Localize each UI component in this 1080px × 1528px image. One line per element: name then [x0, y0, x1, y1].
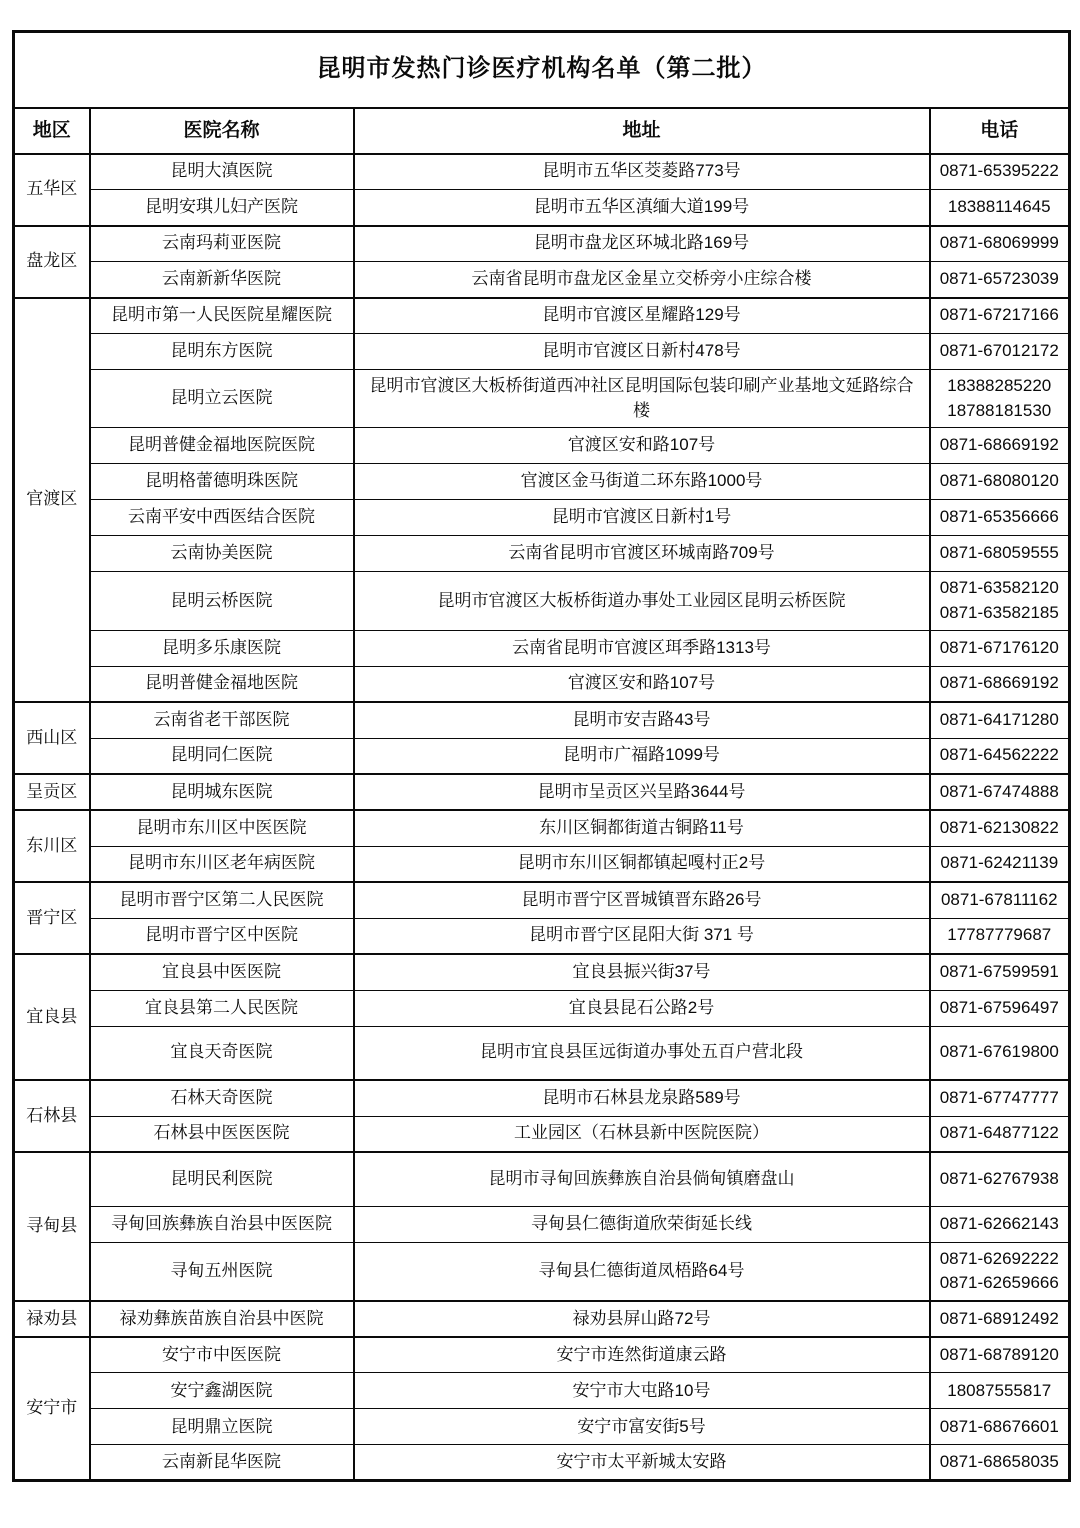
- phone-number: 18788181530: [933, 399, 1067, 424]
- address-cell: 昆明市呈贡区兴呈路3644号: [354, 774, 930, 810]
- table-row: 昆明云桥医院昆明市官渡区大板桥街道办事处工业园区昆明云桥医院0871-63582…: [14, 572, 1070, 630]
- region-cell: 东川区: [14, 810, 90, 882]
- hospital-name-cell: 禄劝彝族苗族自治县中医院: [90, 1301, 354, 1337]
- table-row: 宜良天奇医院昆明市宜良县匡远街道办事处五百户营北段0871-67619800: [14, 1026, 1070, 1080]
- hospital-name-cell: 昆明东方医院: [90, 334, 354, 370]
- region-cell: 安宁市: [14, 1337, 90, 1481]
- region-cell: 禄劝县: [14, 1301, 90, 1337]
- phone-number: 0871-68080120: [933, 469, 1067, 494]
- phone-cell: 0871-68059555: [930, 536, 1070, 572]
- region-cell: 五华区: [14, 154, 90, 226]
- address-cell: 昆明市官渡区日新村478号: [354, 334, 930, 370]
- table-row: 云南新新华医院云南省昆明市盘龙区金星立交桥旁小庄综合楼0871-65723039: [14, 262, 1070, 298]
- region-cell: 石林县: [14, 1080, 90, 1152]
- phone-cell: 0871-67217166: [930, 298, 1070, 334]
- phone-cell: 0871-68676601: [930, 1409, 1070, 1445]
- hospital-name-cell: 昆明云桥医院: [90, 572, 354, 630]
- column-header-row: 地区 医院名称 地址 电话: [14, 108, 1070, 154]
- table-row: 昆明格蕾德明珠医院官渡区金马街道二环东路1000号0871-68080120: [14, 464, 1070, 500]
- phone-cell: 0871-68080120: [930, 464, 1070, 500]
- hospital-name-cell: 云南平安中西医结合医院: [90, 500, 354, 536]
- phone-cell: 0871-62130822: [930, 810, 1070, 846]
- table-row: 呈贡区昆明城东医院昆明市呈贡区兴呈路3644号0871-67474888: [14, 774, 1070, 810]
- phone-number: 0871-68069999: [933, 231, 1067, 256]
- address-cell: 昆明市官渡区大板桥街道办事处工业园区昆明云桥医院: [354, 572, 930, 630]
- phone-cell: 0871-67012172: [930, 334, 1070, 370]
- hospital-name-cell: 昆明民利医院: [90, 1152, 354, 1206]
- region-cell: 呈贡区: [14, 774, 90, 810]
- hospital-name-cell: 安宁市中医医院: [90, 1337, 354, 1373]
- address-cell: 安宁市连然街道康云路: [354, 1337, 930, 1373]
- address-cell: 昆明市广福路1099号: [354, 738, 930, 774]
- address-cell: 寻甸县仁德街道凤梧路64号: [354, 1242, 930, 1301]
- table-row: 云南协美医院云南省昆明市官渡区环城南路709号0871-68059555: [14, 536, 1070, 572]
- phone-number: 18388114645: [933, 195, 1067, 220]
- phone-number: 18388285220: [933, 374, 1067, 399]
- address-cell: 云南省昆明市官渡区环城南路709号: [354, 536, 930, 572]
- phone-number: 0871-62130822: [933, 816, 1067, 841]
- table-row: 禄劝县禄劝彝族苗族自治县中医院禄劝县屏山路72号0871-68912492: [14, 1301, 1070, 1337]
- phone-number: 0871-67599591: [933, 960, 1067, 985]
- address-cell: 安宁市富安街5号: [354, 1409, 930, 1445]
- title-row: 昆明市发热门诊医疗机构名单（第二批）: [14, 32, 1070, 108]
- hospital-name-cell: 昆明安琪儿妇产医院: [90, 190, 354, 226]
- hospital-name-cell: 昆明普健金福地医院医院: [90, 428, 354, 464]
- fever-clinic-hospital-table: 昆明市发热门诊医疗机构名单（第二批） 地区 医院名称 地址 电话 五华区昆明大滇…: [12, 30, 1071, 1482]
- hospital-name-cell: 石林天奇医院: [90, 1080, 354, 1116]
- hospital-name-cell: 宜良天奇医院: [90, 1026, 354, 1080]
- phone-cell: 0871-64562222: [930, 738, 1070, 774]
- table-row: 昆明安琪儿妇产医院昆明市五华区滇缅大道199号18388114645: [14, 190, 1070, 226]
- table-row: 昆明市晋宁区中医院昆明市晋宁区昆阳大街 371 号17787779687: [14, 918, 1070, 954]
- phone-number: 18087555817: [933, 1379, 1067, 1404]
- hospital-name-cell: 安宁鑫湖医院: [90, 1373, 354, 1409]
- hospital-name-cell: 昆明市东川区中医医院: [90, 810, 354, 846]
- address-cell: 安宁市太平新城太安路: [354, 1445, 930, 1481]
- phone-cell: 0871-64877122: [930, 1116, 1070, 1152]
- region-cell: 宜良县: [14, 954, 90, 1080]
- hospital-name-cell: 云南玛莉亚医院: [90, 226, 354, 262]
- address-cell: 昆明市五华区滇缅大道199号: [354, 190, 930, 226]
- address-cell: 昆明市东川区铜都镇起嘎村正2号: [354, 846, 930, 882]
- phone-number: 0871-67811162: [933, 888, 1067, 913]
- address-cell: 安宁市大屯路10号: [354, 1373, 930, 1409]
- hospital-name-cell: 昆明大滇医院: [90, 154, 354, 190]
- phone-number: 0871-67217166: [933, 303, 1067, 328]
- table-row: 昆明普健金福地医院官渡区安和路107号0871-68669192: [14, 666, 1070, 702]
- hospital-name-cell: 宜良县第二人民医院: [90, 990, 354, 1026]
- address-cell: 昆明市五华区茭菱路773号: [354, 154, 930, 190]
- table-row: 西山区云南省老干部医院昆明市安吉路43号0871-64171280: [14, 702, 1070, 738]
- phone-number: 0871-68789120: [933, 1343, 1067, 1368]
- phone-cell: 0871-68912492: [930, 1301, 1070, 1337]
- address-cell: 云南省昆明市盘龙区金星立交桥旁小庄综合楼: [354, 262, 930, 298]
- phone-cell: 0871-67599591: [930, 954, 1070, 990]
- phone-cell: 0871-67596497: [930, 990, 1070, 1026]
- hospital-name-cell: 昆明多乐康医院: [90, 630, 354, 666]
- table-row: 晋宁区昆明市晋宁区第二人民医院昆明市晋宁区晋城镇晋东路26号0871-67811…: [14, 882, 1070, 918]
- address-cell: 官渡区安和路107号: [354, 428, 930, 464]
- phone-number: 0871-63582120: [933, 576, 1067, 601]
- address-cell: 昆明市晋宁区昆阳大街 371 号: [354, 918, 930, 954]
- phone-cell: 0871-635821200871-63582185: [930, 572, 1070, 630]
- phone-cell: 0871-67811162: [930, 882, 1070, 918]
- hospital-name-cell: 云南省老干部医院: [90, 702, 354, 738]
- address-cell: 昆明市寻甸回族彝族自治县倘甸镇磨盘山: [354, 1152, 930, 1206]
- column-header-address: 地址: [354, 108, 930, 154]
- hospital-name-cell: 石林县中医医医院: [90, 1116, 354, 1152]
- table-row: 安宁鑫湖医院安宁市大屯路10号18087555817: [14, 1373, 1070, 1409]
- address-cell: 昆明市宜良县匡远街道办事处五百户营北段: [354, 1026, 930, 1080]
- region-cell: 官渡区: [14, 298, 90, 703]
- phone-number: 0871-68676601: [933, 1415, 1067, 1440]
- table-row: 宜良县第二人民医院宜良县昆石公路2号0871-67596497: [14, 990, 1070, 1026]
- table-row: 石林县石林天奇医院昆明市石林县龙泉路589号0871-67747777: [14, 1080, 1070, 1116]
- hospital-name-cell: 昆明普健金福地医院: [90, 666, 354, 702]
- column-header-hospital: 医院名称: [90, 108, 354, 154]
- column-header-phone: 电话: [930, 108, 1070, 154]
- phone-number: 0871-67474888: [933, 780, 1067, 805]
- phone-cell: 17787779687: [930, 918, 1070, 954]
- table-row: 昆明鼎立医院安宁市富安街5号0871-68676601: [14, 1409, 1070, 1445]
- phone-number: 0871-68658035: [933, 1450, 1067, 1475]
- table-row: 昆明市东川区老年病医院昆明市东川区铜都镇起嘎村正2号0871-62421139: [14, 846, 1070, 882]
- table-row: 云南新昆华医院安宁市太平新城太安路0871-68658035: [14, 1445, 1070, 1481]
- phone-cell: 0871-67176120: [930, 630, 1070, 666]
- phone-number: 0871-62421139: [933, 851, 1067, 876]
- table-row: 昆明普健金福地医院医院官渡区安和路107号0871-68669192: [14, 428, 1070, 464]
- hospital-name-cell: 云南新昆华医院: [90, 1445, 354, 1481]
- phone-cell: 0871-62421139: [930, 846, 1070, 882]
- phone-cell: 0871-62662143: [930, 1206, 1070, 1242]
- region-cell: 晋宁区: [14, 882, 90, 954]
- phone-number: 17787779687: [933, 923, 1067, 948]
- table-row: 寻甸回族彝族自治县中医医院寻甸县仁德街道欣荣街延长线0871-62662143: [14, 1206, 1070, 1242]
- hospital-name-cell: 昆明市晋宁区第二人民医院: [90, 882, 354, 918]
- phone-cell: 0871-62767938: [930, 1152, 1070, 1206]
- phone-number: 0871-63582185: [933, 601, 1067, 626]
- table-row: 云南平安中西医结合医院昆明市官渡区日新村1号0871-65356666: [14, 500, 1070, 536]
- phone-number: 0871-67012172: [933, 339, 1067, 364]
- hospital-name-cell: 宜良县中医医院: [90, 954, 354, 990]
- table-row: 官渡区昆明市第一人民医院星耀医院昆明市官渡区星耀路129号0871-672171…: [14, 298, 1070, 334]
- table-row: 五华区昆明大滇医院昆明市五华区茭菱路773号0871-65395222: [14, 154, 1070, 190]
- hospital-name-cell: 昆明立云医院: [90, 370, 354, 428]
- phone-number: 0871-65723039: [933, 267, 1067, 292]
- phone-number: 0871-67176120: [933, 636, 1067, 661]
- address-cell: 东川区铜都街道古铜路11号: [354, 810, 930, 846]
- phone-number: 0871-68059555: [933, 541, 1067, 566]
- phone-cell: 0871-67619800: [930, 1026, 1070, 1080]
- phone-number: 0871-62767938: [933, 1167, 1067, 1192]
- address-cell: 昆明市官渡区星耀路129号: [354, 298, 930, 334]
- table-row: 宜良县宜良县中医医院宜良县振兴街37号0871-67599591: [14, 954, 1070, 990]
- hospital-name-cell: 云南协美医院: [90, 536, 354, 572]
- address-cell: 云南省昆明市官渡区珥季路1313号: [354, 630, 930, 666]
- table-row: 石林县中医医医院工业园区（石林县新中医院医院）0871-64877122: [14, 1116, 1070, 1152]
- phone-cell: 0871-68669192: [930, 428, 1070, 464]
- phone-number: 0871-68912492: [933, 1307, 1067, 1332]
- address-cell: 昆明市安吉路43号: [354, 702, 930, 738]
- region-cell: 寻甸县: [14, 1152, 90, 1301]
- phone-cell: 0871-64171280: [930, 702, 1070, 738]
- phone-cell: 1838828522018788181530: [930, 370, 1070, 428]
- table-row: 寻甸五州医院寻甸县仁德街道凤梧路64号0871-626922220871-626…: [14, 1242, 1070, 1301]
- hospital-name-cell: 昆明城东医院: [90, 774, 354, 810]
- column-header-region: 地区: [14, 108, 90, 154]
- hospital-name-cell: 寻甸回族彝族自治县中医医院: [90, 1206, 354, 1242]
- phone-number: 0871-65356666: [933, 505, 1067, 530]
- address-cell: 昆明市官渡区日新村1号: [354, 500, 930, 536]
- address-cell: 官渡区安和路107号: [354, 666, 930, 702]
- address-cell: 官渡区金马街道二环东路1000号: [354, 464, 930, 500]
- phone-number: 0871-67596497: [933, 996, 1067, 1021]
- address-cell: 昆明市石林县龙泉路589号: [354, 1080, 930, 1116]
- phone-cell: 0871-65395222: [930, 154, 1070, 190]
- hospital-name-cell: 昆明市晋宁区中医院: [90, 918, 354, 954]
- phone-cell: 0871-68789120: [930, 1337, 1070, 1373]
- phone-number: 0871-62662143: [933, 1212, 1067, 1237]
- document-page: 昆明市发热门诊医疗机构名单（第二批） 地区 医院名称 地址 电话 五华区昆明大滇…: [12, 30, 1068, 1482]
- region-cell: 盘龙区: [14, 226, 90, 298]
- phone-number: 0871-67619800: [933, 1040, 1067, 1065]
- address-cell: 昆明市盘龙区环城北路169号: [354, 226, 930, 262]
- phone-number: 0871-64562222: [933, 743, 1067, 768]
- phone-cell: 0871-68069999: [930, 226, 1070, 262]
- phone-number: 0871-62692222: [933, 1247, 1067, 1272]
- hospital-name-cell: 昆明市东川区老年病医院: [90, 846, 354, 882]
- address-cell: 昆明市官渡区大板桥街道西冲社区昆明国际包装印刷产业基地文延路综合楼: [354, 370, 930, 428]
- phone-cell: 18087555817: [930, 1373, 1070, 1409]
- table-row: 昆明东方医院昆明市官渡区日新村478号0871-67012172: [14, 334, 1070, 370]
- address-cell: 禄劝县屏山路72号: [354, 1301, 930, 1337]
- address-cell: 宜良县昆石公路2号: [354, 990, 930, 1026]
- hospital-name-cell: 昆明同仁医院: [90, 738, 354, 774]
- hospital-name-cell: 云南新新华医院: [90, 262, 354, 298]
- phone-cell: 0871-67474888: [930, 774, 1070, 810]
- page-title: 昆明市发热门诊医疗机构名单（第二批）: [14, 32, 1070, 108]
- hospital-name-cell: 寻甸五州医院: [90, 1242, 354, 1301]
- address-cell: 寻甸县仁德街道欣荣街延长线: [354, 1206, 930, 1242]
- address-cell: 工业园区（石林县新中医院医院）: [354, 1116, 930, 1152]
- region-cell: 西山区: [14, 702, 90, 774]
- phone-cell: 0871-65356666: [930, 500, 1070, 536]
- phone-cell: 18388114645: [930, 190, 1070, 226]
- hospital-name-cell: 昆明市第一人民医院星耀医院: [90, 298, 354, 334]
- table-row: 寻甸县昆明民利医院昆明市寻甸回族彝族自治县倘甸镇磨盘山0871-62767938: [14, 1152, 1070, 1206]
- table-row: 盘龙区云南玛莉亚医院昆明市盘龙区环城北路169号0871-68069999: [14, 226, 1070, 262]
- phone-number: 0871-67747777: [933, 1086, 1067, 1111]
- phone-cell: 0871-68669192: [930, 666, 1070, 702]
- phone-cell: 0871-626922220871-62659666: [930, 1242, 1070, 1301]
- phone-cell: 0871-67747777: [930, 1080, 1070, 1116]
- table-row: 昆明同仁医院昆明市广福路1099号0871-64562222: [14, 738, 1070, 774]
- hospital-name-cell: 昆明格蕾德明珠医院: [90, 464, 354, 500]
- table-row: 昆明立云医院昆明市官渡区大板桥街道西冲社区昆明国际包装印刷产业基地文延路综合楼1…: [14, 370, 1070, 428]
- hospital-name-cell: 昆明鼎立医院: [90, 1409, 354, 1445]
- table-row: 东川区昆明市东川区中医医院东川区铜都街道古铜路11号0871-62130822: [14, 810, 1070, 846]
- address-cell: 昆明市晋宁区晋城镇晋东路26号: [354, 882, 930, 918]
- phone-number: 0871-64877122: [933, 1121, 1067, 1146]
- phone-number: 0871-68669192: [933, 433, 1067, 458]
- address-cell: 宜良县振兴街37号: [354, 954, 930, 990]
- phone-number: 0871-62659666: [933, 1271, 1067, 1296]
- phone-cell: 0871-68658035: [930, 1445, 1070, 1481]
- table-row: 安宁市安宁市中医医院安宁市连然街道康云路0871-68789120: [14, 1337, 1070, 1373]
- phone-number: 0871-64171280: [933, 708, 1067, 733]
- phone-number: 0871-68669192: [933, 671, 1067, 696]
- phone-number: 0871-65395222: [933, 159, 1067, 184]
- table-row: 昆明多乐康医院云南省昆明市官渡区珥季路1313号0871-67176120: [14, 630, 1070, 666]
- phone-cell: 0871-65723039: [930, 262, 1070, 298]
- table-body: 五华区昆明大滇医院昆明市五华区茭菱路773号0871-65395222昆明安琪儿…: [14, 154, 1070, 1481]
